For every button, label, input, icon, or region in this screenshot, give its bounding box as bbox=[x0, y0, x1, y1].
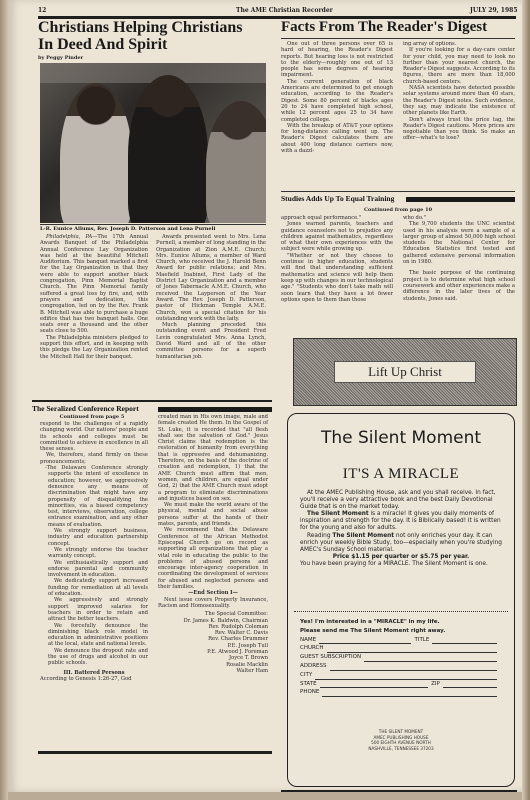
studies-headline-bar bbox=[406, 197, 515, 202]
address-field[interactable]: ADDRESS bbox=[300, 662, 500, 671]
main-article-col1: Philadelphia, PA—The 17th Annual Awards … bbox=[40, 234, 148, 360]
serialized-continued: Continued from page 5 bbox=[32, 414, 152, 420]
silent-moment-ad: The Silent Moment IT'S A MIRACLE At the … bbox=[287, 413, 515, 787]
city-field[interactable]: CITY bbox=[300, 671, 500, 680]
state-field[interactable]: STATE ZIP bbox=[300, 680, 500, 689]
zip-field[interactable] bbox=[443, 681, 497, 688]
phone-field[interactable]: PHONE bbox=[300, 688, 500, 697]
photo-person-right bbox=[206, 101, 266, 223]
title-field[interactable] bbox=[432, 637, 497, 644]
page-number: 12 bbox=[38, 7, 46, 14]
order-coupon-form: Yes! I'm interested in a "MIRACLE" in my… bbox=[300, 618, 500, 697]
dateline: Philadelphia, PA bbox=[46, 234, 92, 240]
photo-caption: L-R. Eunice Allums, Rev. Joseph D. Patte… bbox=[40, 226, 215, 232]
price-line: Price $1.15 per quarter or $5.75 per yea… bbox=[300, 554, 502, 561]
ad-bottom-rule bbox=[281, 790, 517, 792]
silent-moment-title: The Silent Moment bbox=[288, 428, 514, 448]
name-field[interactable]: NAME TITLE bbox=[300, 636, 500, 645]
page-edge bbox=[522, 0, 530, 800]
studies-headline: Studies Adds Up To Equal Training bbox=[281, 194, 394, 203]
coupon-cut-line bbox=[294, 611, 508, 612]
studies-top-rule bbox=[281, 191, 515, 192]
serialized-bottom-rule bbox=[38, 751, 272, 754]
serialized-col2: created man in His own image, male and f… bbox=[158, 414, 268, 674]
facts-headline: Facts From The Reader's Digest bbox=[281, 20, 487, 35]
committee-signatures: The Special Committee: Dr. James K. Bald… bbox=[158, 611, 268, 674]
serialized-col1: respond to the challenges of a rapidly c… bbox=[40, 421, 148, 682]
church-field[interactable]: CHURCH bbox=[300, 644, 500, 653]
main-headline-line1: Christians Helping Christians bbox=[38, 20, 242, 36]
main-headline-line2: In Deed And Spirit bbox=[38, 37, 167, 53]
guest-subscription-field[interactable]: GUEST SUBSCRIPTION bbox=[300, 653, 500, 662]
facts-col2: ing array of options. If you're looking … bbox=[403, 41, 515, 142]
group-photo bbox=[40, 63, 266, 223]
studies-continued: Continued from page 10 bbox=[281, 207, 515, 213]
photo-person-left bbox=[60, 83, 132, 223]
byline: by Peggy Pinder bbox=[38, 55, 83, 61]
lift-up-christ-label: Lift Up Christ bbox=[334, 361, 476, 383]
lift-up-christ-ad: Lift Up Christ bbox=[293, 338, 517, 406]
publisher-address: THE SILENT MOMENT AMEC PUBLISHING HOUSE … bbox=[288, 729, 514, 751]
facts-col1: One out of three persons over 65 is hard… bbox=[281, 41, 393, 154]
miracle-subtitle: IT'S A MIRACLE bbox=[288, 466, 514, 483]
newspaper-page: 12 The AME Christian Recorder JULY 29, 1… bbox=[8, 0, 522, 792]
studies-col2: who do." The 9,700 students the UNC scie… bbox=[403, 215, 515, 302]
serialized-top-rule bbox=[32, 400, 272, 402]
serialized-headline: The Seralized Conference Report bbox=[32, 404, 139, 413]
studies-col1: approach equal performance." Jones warne… bbox=[281, 215, 393, 303]
serialized-headline-bar bbox=[158, 407, 272, 412]
facts-rule bbox=[281, 38, 515, 39]
publication-name: The AME Christian Recorder bbox=[236, 7, 333, 14]
page-spine-shadow bbox=[0, 0, 8, 800]
issue-date: JULY 29, 1985 bbox=[470, 7, 518, 14]
ad-body-text: At the AMEC Publishing House, ask and yo… bbox=[300, 490, 502, 568]
main-article-col2: Awards presented went to Mrs. Lena Purne… bbox=[156, 234, 266, 360]
caption-rule bbox=[40, 224, 266, 225]
photo-person-center bbox=[128, 75, 208, 223]
